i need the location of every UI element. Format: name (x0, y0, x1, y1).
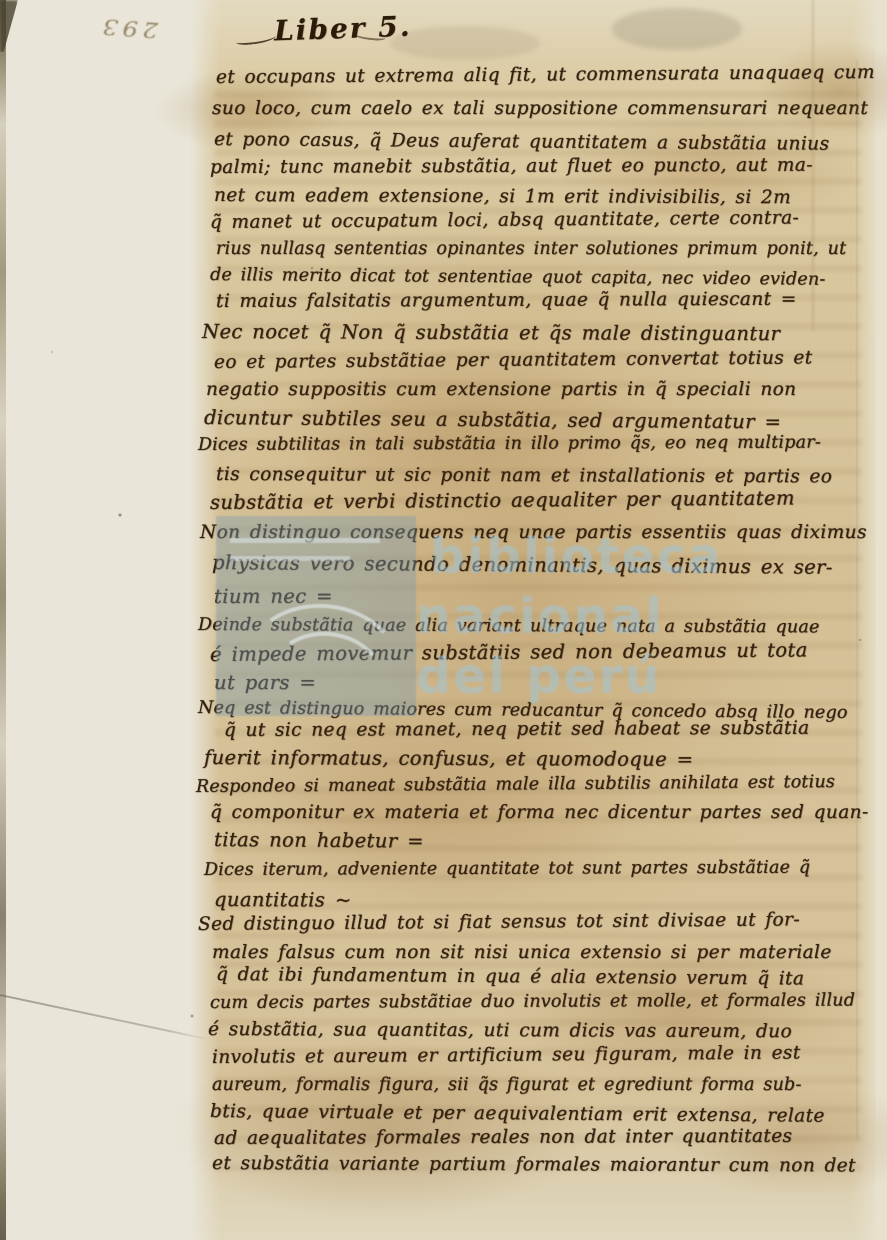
manuscript-line: Dices subtilitas in tali substãtia in il… (198, 431, 821, 457)
paper-crease-vertical (812, 0, 814, 330)
manuscript-line: q̃ dat ibi fundamentum in qua é alia ext… (216, 963, 805, 992)
manuscript-line: ti maius falsitatis argumentum, quae q̃ … (216, 288, 797, 314)
manuscript-line: tis consequitur ut sic ponit nam et inst… (216, 463, 832, 489)
manuscript-line: rius nullasq sententias opinantes inter … (216, 237, 846, 261)
manuscript-line: titas non habetur = (214, 828, 424, 854)
manuscript-line: tium nec = (214, 585, 333, 609)
manuscript-line: q̃ componitur ex materia et forma nec di… (210, 801, 869, 825)
manuscript-page-scan: Liber 5. 293 et occupans ut extrema aliq… (0, 0, 887, 1240)
manuscript-line: é substãtia, sua quantitas, uti cum dici… (208, 1018, 792, 1044)
manuscript-line: physicas vero secundo denominantis, quas… (212, 551, 833, 580)
manuscript-line: ad aequalitates formales reales non dat … (214, 1125, 793, 1151)
manuscript-line: et substãtia variante partium formales m… (212, 1152, 856, 1178)
manuscript-line: aureum, formalis figura, sii q̃s figurat… (212, 1073, 802, 1097)
manuscript-line: substãtia et verbi distinctio aequaliter… (210, 487, 795, 515)
manuscript-line: negatio suppositis cum extensione partis… (206, 378, 797, 402)
manuscript-line: males falsus cum non sit nisi unica exte… (212, 941, 832, 965)
manuscript-line: fuerit informatus, confusus, et quomodoq… (204, 746, 693, 772)
manuscript-line: Non distinguo consequens neq unae partis… (200, 521, 867, 545)
manuscript-line: involutis et aureum er artificium seu fi… (212, 1041, 801, 1070)
manuscript-line: Dices iterum, adveniente quantitate tot … (204, 856, 810, 882)
manuscript-line: quantitatis ~ (214, 888, 352, 913)
manuscript-line: Nec nocet q̃ Non q̃ substãtia et q̃s mal… (202, 320, 780, 346)
manuscript-line: suo loco, cum caelo ex tali suppositione… (212, 97, 868, 121)
manuscript-line: ut pars = (214, 671, 316, 695)
manuscript-line: palmi; tunc manebit substãtia, aut fluet… (210, 154, 813, 180)
paper-crease-vertical (856, 60, 858, 1140)
manuscript-line: et occupans ut extrema aliq fit, ut comm… (216, 61, 875, 90)
manuscript-line: q̃ ut sic neq est manet, neq petit sed h… (224, 717, 810, 743)
manuscript-line: cum decis partes substãtiae duo involuti… (210, 989, 855, 1015)
manuscript-line: q̃ manet ut occupatum loci, absq quantit… (210, 206, 799, 235)
manuscript-line: Respondeo si maneat substãtia male illa … (196, 770, 835, 799)
manuscript-line: Deinde substãtia quae alia variant ultra… (198, 613, 820, 639)
handwritten-text-block: et occupans ut extrema aliq fit, ut comm… (0, 0, 887, 1240)
manuscript-line: et pono casus, q̃ Deus auferat quantitat… (214, 128, 830, 157)
manuscript-line: eo et partes substãtiae per quantitatem … (214, 346, 813, 375)
manuscript-line: Sed distinguo illud tot si fiat sensus t… (198, 908, 800, 937)
manuscript-line: é impede movemur substãtiis sed non debe… (210, 638, 808, 667)
